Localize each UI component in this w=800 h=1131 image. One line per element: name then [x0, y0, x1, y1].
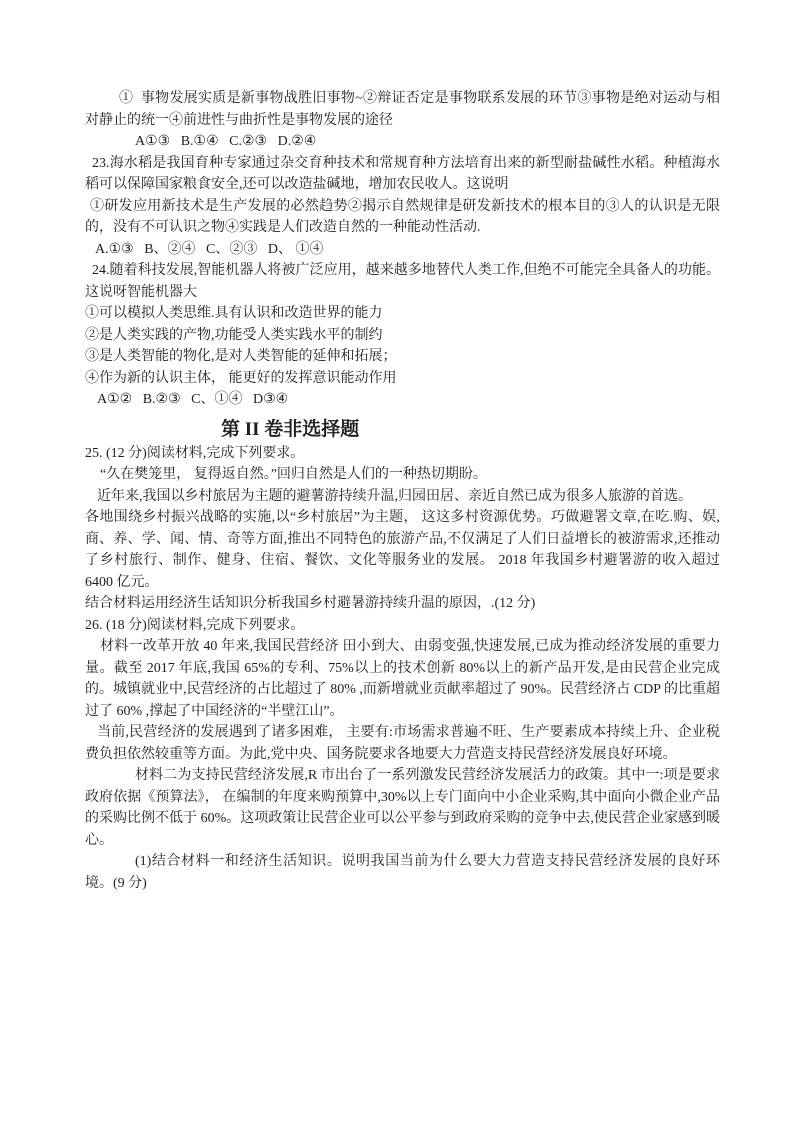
q24-item-3: ③是人类智能的物化,是对人类智能的延伸和拓展；: [85, 346, 720, 368]
q23-options-line: A.①③ B、②④ C、②③ D、 ①④: [85, 239, 720, 261]
q26-task-1: (1)结合材料一和经济生活知识。说明我国当前为什么要大力营造支持民营经济发展的良…: [85, 851, 720, 894]
q26-material-2: 材料二为支持民营经济发展,R 市出台了一系列激发民营经济发展活力的政策。其中一:…: [85, 765, 720, 851]
q24-item-4: ④作为新的认识主体， 能更好的发挥意识能动作用: [85, 368, 720, 390]
q24-stem: 24.随着科技发展,智能机器人将被广泛应用，越来越多地替代人类工作,但绝不可能完…: [85, 260, 720, 303]
q23-stem: 23.海水稻是我国育种专家通过杂交育种技术和常规育种方法培育出来的新型耐盐碱性水…: [85, 153, 720, 196]
q26-material-1-paragraph-2: 当前,民营经济的发展遇到了诸多困难， 主要有:市场需求普遍不旺、生产要素成本持续…: [85, 722, 720, 765]
exam-paper-page: ① 事物发展实质是新事物战胜旧事物~②辩证否定是事物联系发展的环节③事物是绝对运…: [0, 0, 800, 1131]
q25-material-paragraph-1: 近年来,我国以乡村旅居为主题的避薯游持续升温,归园田居、亲近自然已成为很多人旅游…: [85, 486, 720, 508]
q24-item-1: ①可以模拟人类思维.具有认识和改造世界的能力: [85, 303, 720, 325]
q26-intro: 26. (18 分)阅读材料,完成下列要求。: [85, 615, 720, 637]
q25-material-paragraph-2: 各地围绕乡村振兴战略的实施,以“乡村旅居”为主题， 这这多村资源优势。巧做避署文…: [85, 507, 720, 593]
q25-intro: 25. (12 分)阅读材料,完成下列要求。: [85, 443, 720, 465]
q22-items-line: ① 事物发展实质是新事物战胜旧事物~②辩证否定是事物联系发展的环节③事物是绝对运…: [85, 88, 720, 131]
section-2-heading: 第 II 卷非选择题: [221, 417, 720, 443]
q24-item-2: ②是人类实践的产物,功能受人类实践水平的制约: [85, 325, 720, 347]
q23-items-line: ①研发应用新技术是生产发展的必然趋势②揭示自然规律是研发新技术的根本目的③人的认…: [85, 196, 720, 239]
q26-material-1-paragraph-1: 材料一改革开放 40 年来,我国民营经济 田小到大、由弱变强,快速发展,已成为推…: [85, 636, 720, 722]
q24-options-line: A①② B.②③ C、①④ D③④: [85, 389, 720, 411]
q25-quote: “久在樊笼里， 复得返自然。”回归自然是人们的一种热切期盼。: [85, 464, 720, 486]
q22-options-line: A①③ B.①④ C.②③ D.②④: [85, 131, 720, 153]
q25-task: 结合材料运用经济生话知识分析我国乡村避暑游持续升温的原因，.(12 分): [85, 593, 720, 615]
